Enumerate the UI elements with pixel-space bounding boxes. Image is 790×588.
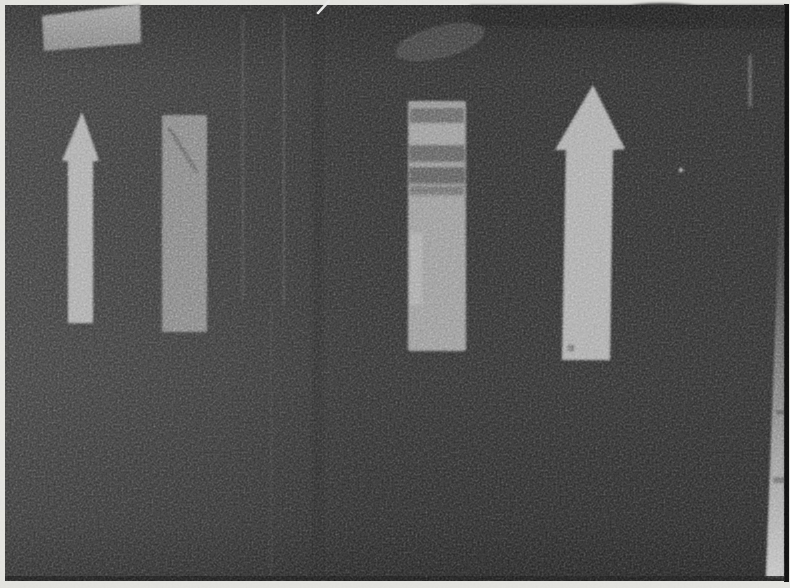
photo-canvas xyxy=(0,0,790,588)
grainy-photo-doors-with-up-arrows xyxy=(0,0,790,588)
paper-grain-overlay xyxy=(0,0,790,588)
